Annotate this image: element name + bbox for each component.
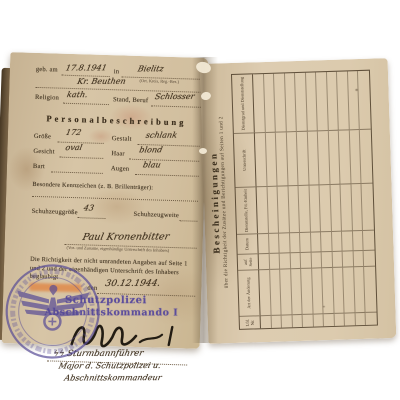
field-gesicht-label: Gesicht xyxy=(33,148,54,156)
handwriting-birth-district: Kr. Beuthen xyxy=(76,77,126,86)
holder-signature: Paul Kronenbitter xyxy=(81,231,170,242)
certs-empty-cell xyxy=(292,314,303,327)
handwriting-religion: kath. xyxy=(66,90,89,99)
handwriting-date: 30.12.1944. xyxy=(104,279,161,289)
certs-col-header: Datum xyxy=(237,233,259,254)
certs-empty-cell xyxy=(364,266,376,312)
certs-empty-cell xyxy=(311,251,322,267)
certs-empty-cell xyxy=(303,314,314,327)
certs-empty-cell xyxy=(271,315,282,328)
field-haar-label: Haar xyxy=(111,150,125,157)
handwriting-haar: blond xyxy=(139,145,164,154)
eagle-stamp-icon xyxy=(1,260,104,363)
certs-empty-cell xyxy=(352,230,363,250)
field-marks-label: Besondere Kennzeichen (z. B. Brillenträg… xyxy=(32,181,153,192)
certs-empty-cell xyxy=(360,129,372,183)
certs-empty-cell xyxy=(321,231,332,251)
certs-col-header: Art der Änderung xyxy=(238,269,260,316)
certs-col-header: Dienststelle, Fd.-Einheit xyxy=(236,186,258,234)
handwriting-gestalt: schlank xyxy=(145,131,178,140)
right-page: Bescheinigungen über die Richtigkeit der… xyxy=(200,58,397,344)
certs-empty-cell xyxy=(268,233,279,253)
certs-empty-cell xyxy=(334,313,345,326)
certs-empty-cell xyxy=(358,71,370,129)
certs-empty-cell xyxy=(355,312,366,325)
certs-col-header: auf Seite xyxy=(238,253,259,270)
handwriting-officer-title1: Major d. Schutzpolizei u. xyxy=(58,361,162,370)
certs-empty-cell xyxy=(289,232,300,252)
certs-col-header: Dienstgrad und Dienststellung xyxy=(232,74,255,133)
form-line xyxy=(179,219,197,222)
certs-empty-cell xyxy=(259,253,270,269)
certs-empty-cell xyxy=(332,251,343,267)
certs-empty-cell xyxy=(324,313,335,326)
torn-paper-chip xyxy=(199,148,207,154)
certs-empty-cell xyxy=(361,183,373,230)
certs-empty-cell xyxy=(261,315,272,328)
handwriting-augen: blau xyxy=(142,160,162,169)
form-line xyxy=(129,158,199,162)
handwriting-shoesize: 43 xyxy=(83,204,95,213)
certs-empty-cell xyxy=(301,252,312,268)
certs-empty-cell xyxy=(366,312,377,325)
handwriting-birthplace: Bielitz xyxy=(137,64,165,73)
certs-col-header: Unterschrift xyxy=(234,132,257,187)
certs-empty-cell xyxy=(342,230,353,250)
certs-empty-cell xyxy=(269,253,280,269)
form-line xyxy=(151,104,201,107)
field-born-in-label: in xyxy=(114,68,120,75)
certs-empty-cell xyxy=(345,312,356,325)
handwriting-born-date: 17.8.1941 xyxy=(65,63,108,72)
certs-empty-cell xyxy=(331,231,342,251)
certs-empty-cell xyxy=(280,252,291,268)
handwriting-gesicht: oval xyxy=(65,143,84,152)
form-line xyxy=(77,216,105,219)
certs-empty-cell xyxy=(300,232,311,252)
birthplace-caption: (Ort, Kreis, Reg.-Bez.) xyxy=(140,78,180,84)
certs-empty-cell xyxy=(282,314,293,327)
field-religion-label: Religion xyxy=(35,94,59,102)
field-augen-label: Augen xyxy=(111,165,130,173)
certs-empty-cell xyxy=(258,233,269,253)
certs-empty-cell xyxy=(353,250,364,266)
field-shoesize-label: Schuhzeuggröße xyxy=(32,208,78,216)
certs-empty-cell xyxy=(290,252,301,268)
form-line xyxy=(135,173,199,177)
certs-empty-cell xyxy=(364,250,375,266)
field-born-label: geb. am xyxy=(36,66,58,74)
form-line xyxy=(32,195,198,202)
certs-col-header: Lfd. Nr. xyxy=(240,315,261,329)
field-shoewidth-label: Schuhzeugweite xyxy=(133,211,179,219)
form-line xyxy=(59,156,103,159)
field-bart-label: Bart xyxy=(33,163,45,170)
certs-empty-cell xyxy=(322,251,333,267)
form-line xyxy=(51,170,103,174)
handwriting-occupation: Schlosser xyxy=(154,92,195,101)
left-page: geb. am 17.8.1941 in Bielitz (Ort, Kreis… xyxy=(2,52,209,349)
field-gestalt-label: Gestalt xyxy=(112,135,132,143)
field-occupation-label: Stand, Beruf xyxy=(113,96,148,104)
certs-table: Lfd. Nr.Art der Änderungauf SeiteDatumDi… xyxy=(231,70,377,330)
section-title-personalbeschreibung: Personalbeschreibung xyxy=(46,113,186,127)
certs-empty-cell xyxy=(363,230,374,250)
rotated-content-area: Bescheinigungen über die Richtigkeit der… xyxy=(206,66,386,333)
certs-empty-cell xyxy=(279,232,290,252)
handwriting-groesse: 172 xyxy=(65,128,82,137)
form-line xyxy=(63,102,109,105)
photo-of-open-booklet: geb. am 17.8.1941 in Bielitz (Ort, Kreis… xyxy=(0,0,400,400)
certs-empty-cell xyxy=(343,250,354,266)
field-groesse-label: Größe xyxy=(34,133,51,141)
certs-empty-cell xyxy=(310,231,321,251)
handwriting-officer-title2: Abschnittskommandeur xyxy=(63,373,162,382)
certs-empty-cell xyxy=(313,313,324,326)
